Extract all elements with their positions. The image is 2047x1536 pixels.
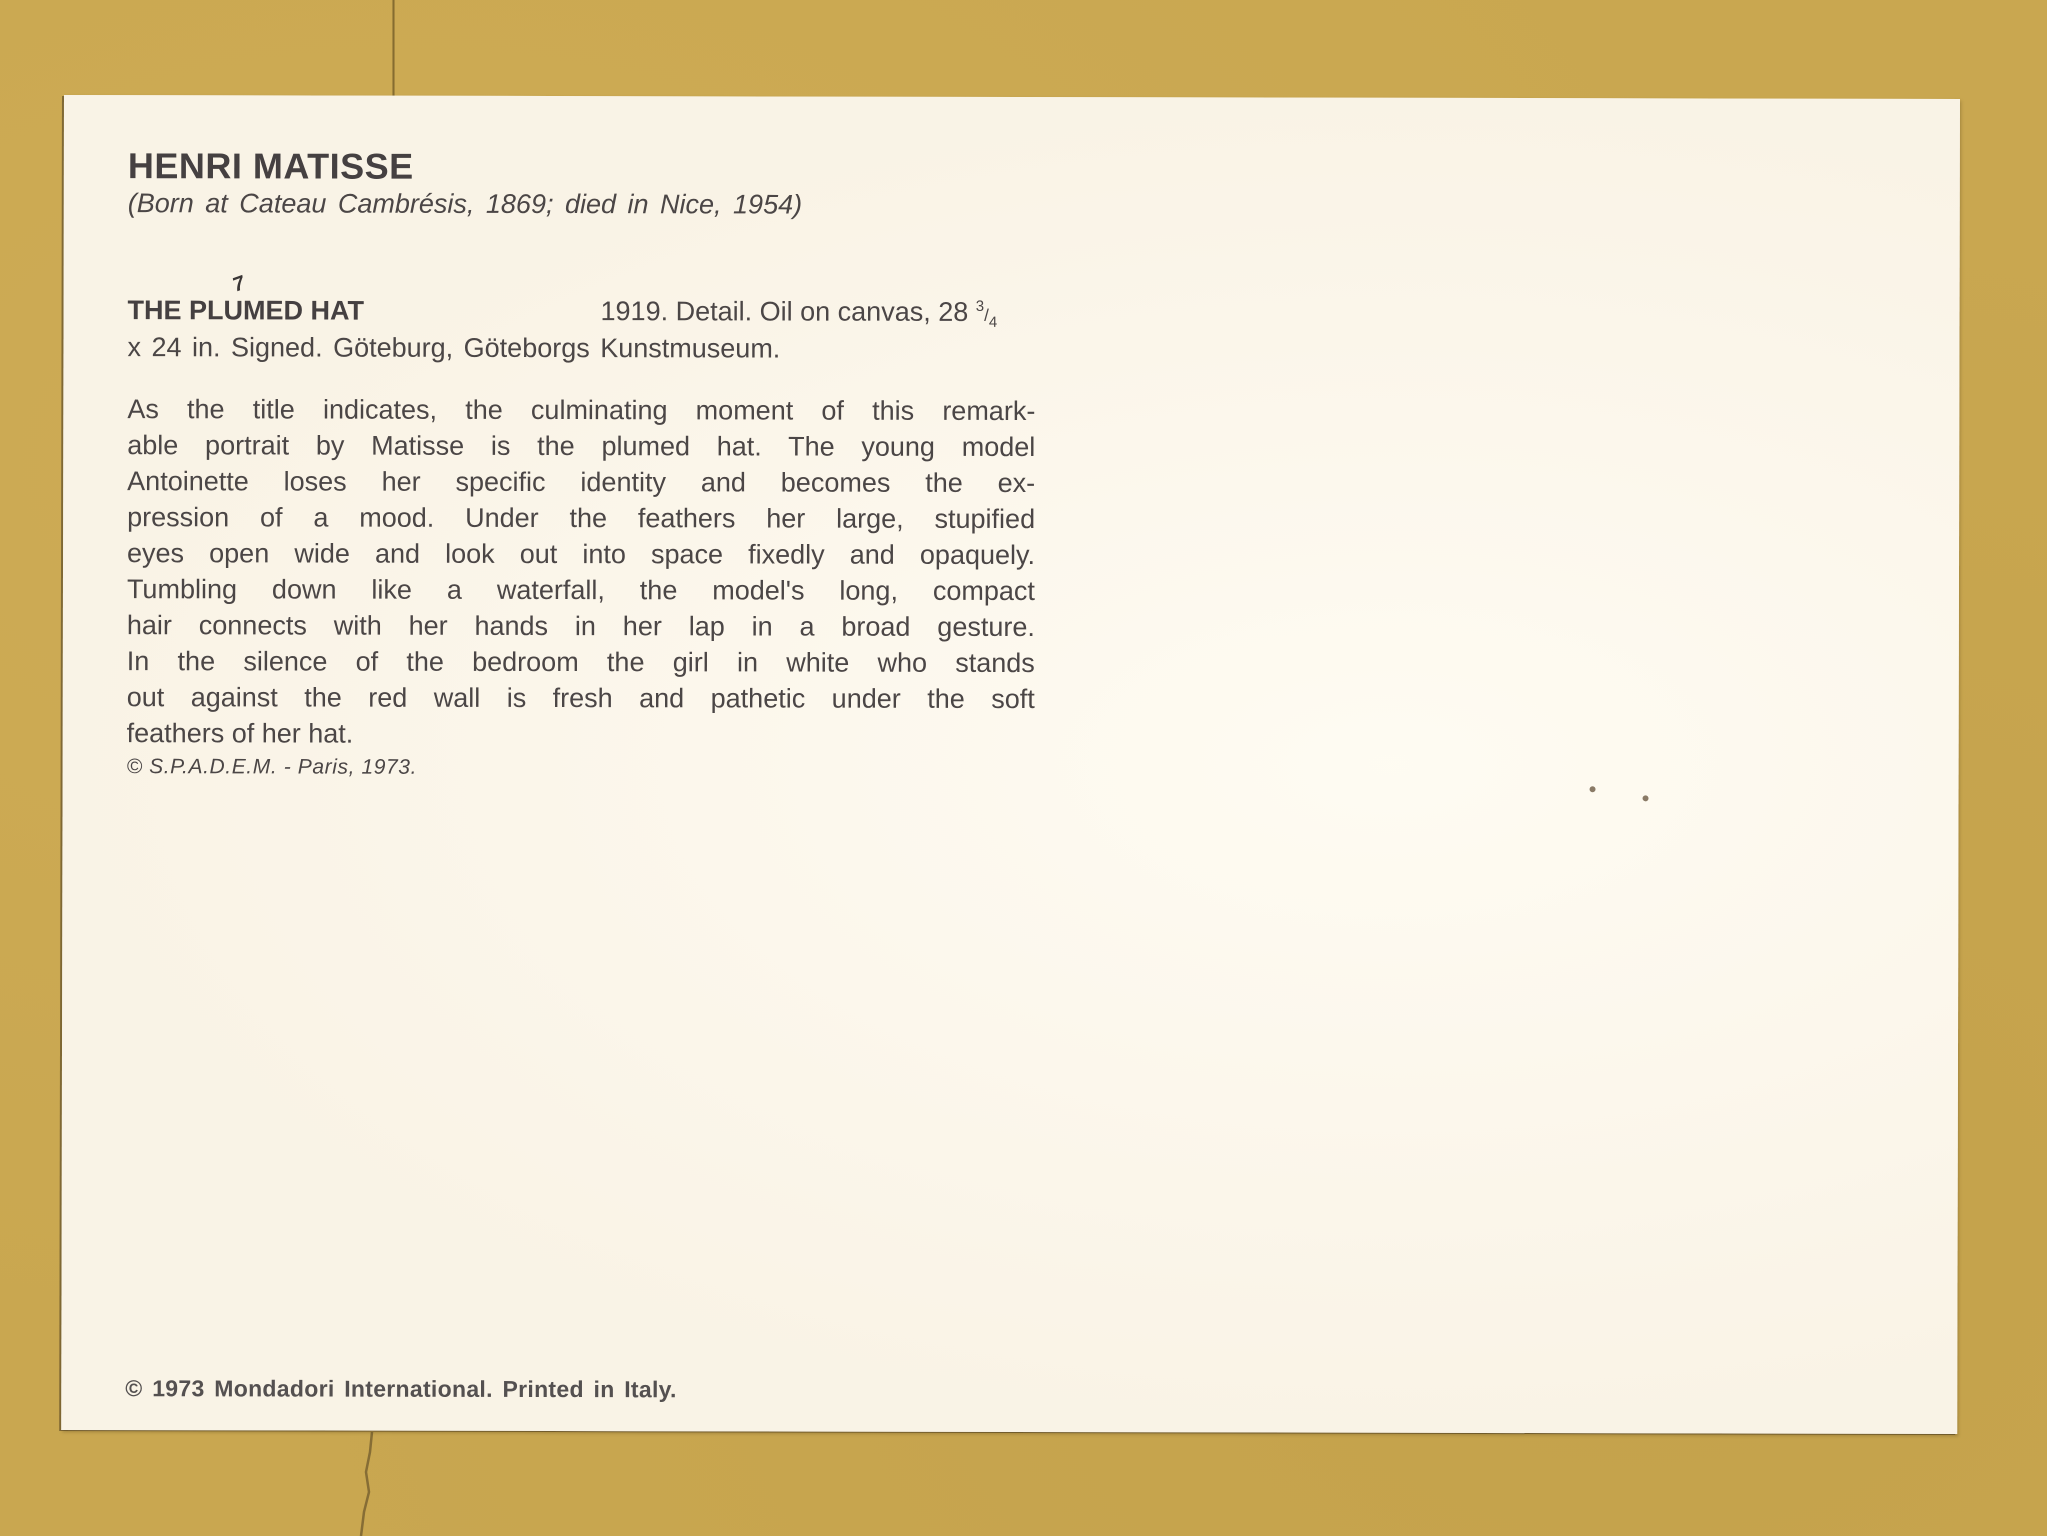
artwork-title-text: THE PLUMED HAT xyxy=(128,295,365,325)
description-line: feathers of her hat. xyxy=(127,715,1035,753)
postcard-back: HENRI MATISSE (Born at Cateau Cambrésis,… xyxy=(61,95,1960,1434)
artwork-title: THE PLUMED HAT 7 xyxy=(128,295,365,325)
handwritten-mark: 7 xyxy=(230,272,248,297)
artwork-details-line2: x 24 in. Signed. Göteburg, Göteborgs Kun… xyxy=(127,332,780,364)
description-line: able portrait by Matisse is the plumed h… xyxy=(127,427,1035,465)
paper-speck xyxy=(1643,795,1649,801)
fraction-numerator: 3 xyxy=(976,298,984,315)
paper-speck xyxy=(1590,786,1596,792)
description-line: eyes open wide and look out into space f… xyxy=(127,535,1035,573)
description-line: Tumbling down like a waterfall, the mode… xyxy=(127,571,1035,609)
description-line: As the title indicates, the culminating … xyxy=(127,391,1035,429)
image-copyright: © S.P.A.D.E.M. - Paris, 1973. xyxy=(127,755,417,780)
background-seam-bottom xyxy=(358,1432,376,1536)
dimension-fraction: 3/4 xyxy=(976,306,997,325)
fraction-denominator: 4 xyxy=(989,314,997,331)
description-line: pression of a mood. Under the feathers h… xyxy=(127,499,1035,537)
artwork-details-text: 1919. Detail. Oil on canvas, 28 xyxy=(601,296,969,327)
description-line: In the silence of the bedroom the girl i… xyxy=(127,643,1035,681)
artwork-description: As the title indicates, the culminating … xyxy=(127,391,1036,753)
background-seam-top xyxy=(392,0,395,96)
description-line: Antoinette loses her specific identity a… xyxy=(127,463,1035,501)
description-line: hair connects with her hands in her lap … xyxy=(127,607,1035,645)
artist-life-dates: (Born at Cateau Cambrésis, 1869; died in… xyxy=(128,188,802,220)
publisher-footer: © 1973 Mondadori International. Printed … xyxy=(125,1375,677,1403)
description-line: out against the red wall is fresh and pa… xyxy=(127,679,1035,717)
artist-name: HENRI MATISSE xyxy=(128,145,414,188)
artwork-line: THE PLUMED HAT 7 1919. Detail. Oil on ca… xyxy=(128,295,1036,328)
artwork-details: 1919. Detail. Oil on canvas, 28 3/4 xyxy=(601,296,998,331)
